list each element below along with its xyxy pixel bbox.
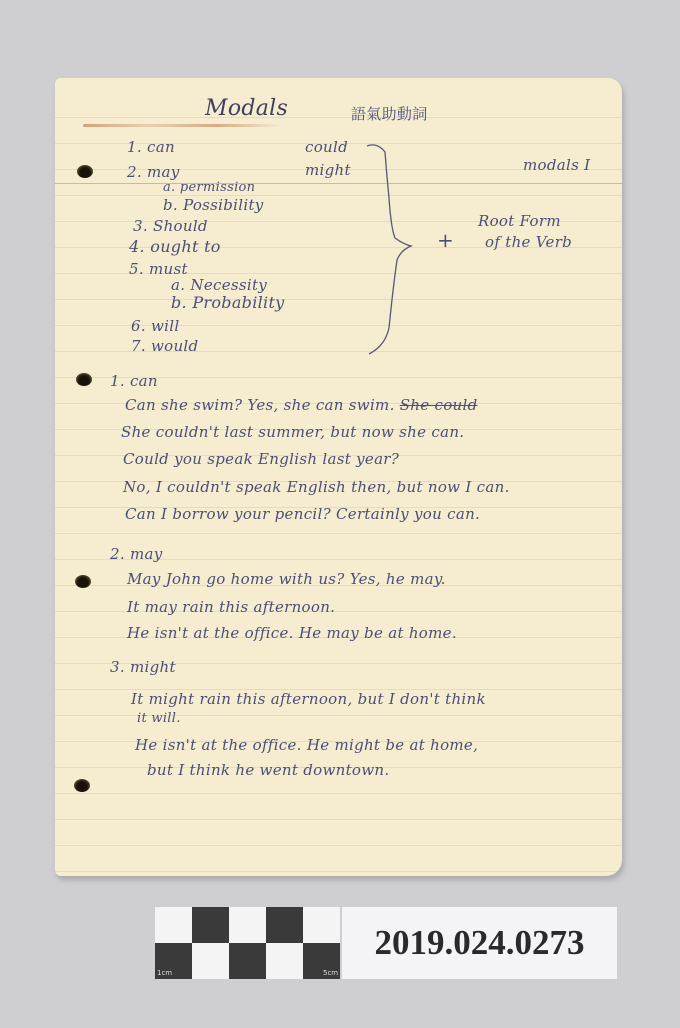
scale-label-left: 1cm [157, 969, 172, 977]
example-line: it will. [137, 711, 181, 726]
scale-square [266, 907, 303, 943]
example-line: Can she swim? Yes, she can swim. She cou… [125, 396, 478, 414]
example-line: It may rain this afternoon. [127, 598, 335, 616]
example-line: Can I borrow your pencil? Certainly you … [125, 505, 480, 523]
list-item: 4. ought to [129, 237, 221, 256]
scale-square [192, 907, 229, 943]
root-form-line2: of the Verb [485, 233, 572, 251]
example-line: She couldn't last summer, but now she ca… [121, 423, 464, 441]
punch-hole [77, 165, 93, 178]
struck-text: She could [400, 396, 478, 414]
list-subitem: a. permission [163, 180, 255, 195]
punch-hole [76, 373, 92, 386]
example-line: Could you speak English last year? [123, 450, 399, 468]
list-item: 7. would [131, 337, 198, 355]
example-line: It might rain this afternoon, but I don'… [131, 690, 486, 708]
notebook-page: Modals 語氣助動詞 modals I 1. can could 2. ma… [55, 78, 622, 876]
curly-brace [355, 138, 435, 358]
page-title-chinese: 語氣助動詞 [351, 103, 428, 124]
example-line: but I think he went downtown. [147, 761, 389, 779]
example-line: No, I couldn't speak English then, but n… [123, 478, 510, 496]
list-subitem: b. Probability [171, 293, 285, 312]
margin-line [55, 183, 622, 184]
list-item: 2. may [127, 163, 180, 181]
section-heading: 2. may [110, 545, 163, 563]
plus-sign: + [437, 228, 454, 252]
section-heading: 3. might [110, 658, 176, 676]
list-item: 1. can [127, 138, 175, 156]
list-item: 3. Should [133, 217, 208, 235]
color-scale-bar: 1cm 5cm [155, 907, 340, 979]
punch-hole [74, 779, 90, 792]
example-line: May John go home with us? Yes, he may. [127, 570, 446, 588]
example-line: He isn't at the office. He might be at h… [135, 736, 478, 754]
punch-hole [75, 575, 91, 588]
example-line: He isn't at the office. He may be at hom… [127, 624, 457, 642]
scale-label-right: 5cm [323, 969, 338, 977]
catalog-label: 2019.024.0273 [342, 907, 617, 979]
catalog-number: 2019.024.0273 [375, 923, 585, 963]
corner-note: modals I [523, 156, 590, 174]
scale-square [229, 943, 266, 979]
stain [83, 124, 283, 127]
list-subitem: a. Necessity [171, 276, 267, 294]
list-item: 6. will [131, 317, 179, 335]
list-subitem: b. Possibility [163, 196, 264, 214]
list-item-past: might [305, 161, 351, 179]
list-item-past: could [305, 138, 348, 156]
section-heading: 1. can [110, 372, 158, 390]
page-title: Modals [205, 96, 288, 121]
root-form-line1: Root Form [478, 212, 561, 230]
